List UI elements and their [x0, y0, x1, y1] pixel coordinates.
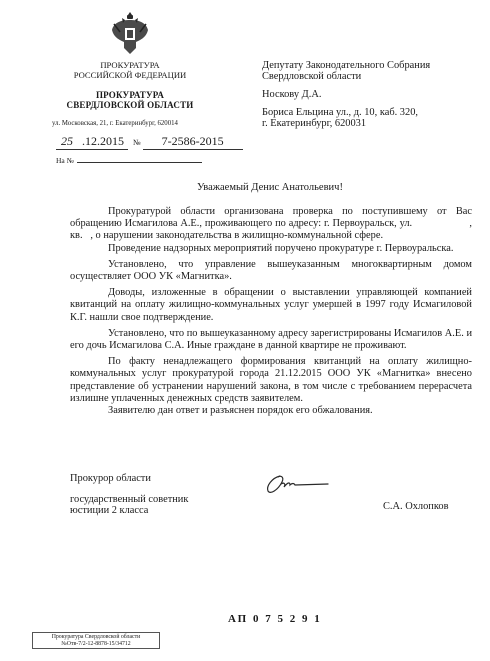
rank-line-1: государственный советник — [70, 494, 188, 505]
org-line-2: РОССИЙСКОЙ ФЕДЕРАЦИИ — [50, 70, 210, 80]
recipient-address-2: г. Екатеринбург, 620031 — [262, 118, 366, 129]
reference-label: На № — [56, 156, 74, 165]
org-line-1: ПРОКУРАТУРА — [50, 60, 210, 70]
registration-stamp: Прокуратура Свердловской области №Отв-7/… — [32, 632, 160, 649]
stamp-line-2: №Отв-7/2-12-8878-15/34712 — [33, 641, 159, 648]
document-number: 7-2586-2015 — [143, 134, 243, 150]
signatory-title: Прокурор области — [70, 473, 151, 484]
office-line-2: СВЕРДЛОВСКОЙ ОБЛАСТИ — [50, 100, 210, 110]
recipient-position-2: Свердловской области — [262, 71, 361, 82]
signatory-rank: государственный советник юстиции 2 класс… — [70, 494, 188, 516]
letter-body: Прокуратурой области организована провер… — [70, 206, 472, 417]
russian-coat-of-arms-icon — [110, 10, 150, 56]
paragraph: Установлено, что управление вышеуказанны… — [70, 259, 472, 283]
sender-address: ул. Московская, 21, г. Екатеринбург, 620… — [52, 120, 178, 127]
sender-office-name: ПРОКУРАТУРА СВЕРДЛОВСКОЙ ОБЛАСТИ — [50, 90, 210, 110]
paragraph: Заявителю дан ответ и разъяснен порядок … — [70, 405, 472, 417]
stamp-line-1: Прокуратура Свердловской области — [33, 634, 159, 641]
rank-line-2: юстиции 2 класса — [70, 505, 188, 516]
recipient-name: Носкову Д.А. — [262, 89, 487, 100]
document-date-number: 25.12.2015 №7-2586-2015 — [56, 134, 243, 150]
office-line-1: ПРОКУРАТУРА — [50, 90, 210, 100]
form-serial-number: АП 0 7 5 2 9 1 — [228, 613, 322, 625]
handwritten-signature-icon — [262, 470, 337, 500]
recipient-block: Депутату Законодательного Собрания Сверд… — [262, 60, 487, 136]
recipient-address-1: Бориса Ельцина ул., д. 10, каб. 320, — [262, 107, 418, 118]
reference-number: На № — [56, 156, 202, 165]
paragraph: Проведение надзорных мероприятий поручен… — [70, 243, 472, 255]
sender-org-name: ПРОКУРАТУРА РОССИЙСКОЙ ФЕДЕРАЦИИ — [50, 60, 210, 80]
paragraph: По факту ненадлежащего формирования квит… — [70, 356, 472, 405]
paragraph: Установлено, что по вышеуказанному адрес… — [70, 328, 472, 352]
date-day: 25 — [56, 134, 78, 150]
signatory-name: С.А. Охлопков — [383, 501, 449, 512]
letter-greeting: Уважаемый Денис Анатольевич! — [60, 182, 480, 193]
recipient-position-1: Депутату Законодательного Собрания — [262, 60, 430, 71]
date-month-year: .12.2015 — [78, 134, 128, 150]
reference-blank-line — [77, 162, 202, 163]
paragraph: Доводы, изложенные в обращении о выставл… — [70, 287, 472, 324]
paragraph: Прокуратурой области организована провер… — [70, 206, 472, 243]
number-label: № — [133, 138, 141, 147]
